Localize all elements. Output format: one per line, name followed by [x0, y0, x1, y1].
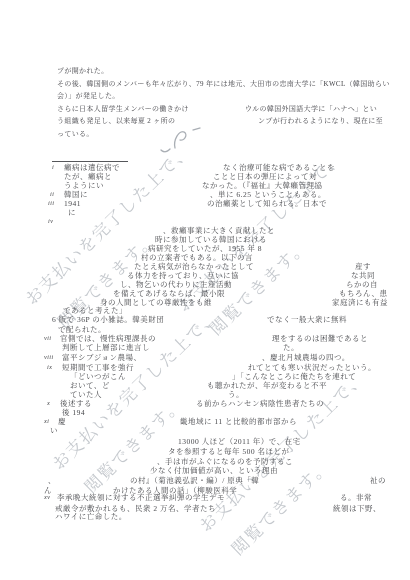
footnote-line: し、物乞いの代わりに生産活動: [120, 280, 232, 289]
footnote-line: る前からハンセン病陰性患者たちの: [196, 399, 324, 408]
footnote-marker: ix: [47, 363, 52, 372]
footnote-line: たが、癩病と: [64, 172, 112, 181]
footnote-line: 時に参加している韓国における: [155, 235, 267, 244]
footnote-marker: xi: [44, 417, 49, 426]
footnote-line: 、手は市がふぐになるのを予防するこ: [157, 457, 293, 466]
footnote-line: る体力を持っており、互いに協: [127, 271, 239, 280]
paragraph-line: 会）」が発足した。: [57, 92, 120, 101]
footnote-line: 、: [48, 476, 56, 485]
footnote-line: 「どいつがこん: [70, 372, 126, 381]
footnote-line: うようにい: [64, 181, 104, 190]
footnote-line: 韓国に: [64, 190, 88, 199]
paragraph-line: ンプが行われるようになり、現在に至: [258, 117, 383, 126]
footnote-line: 祉の: [370, 476, 386, 485]
footnote-line: 、救癩事業に大きく貢献したと: [163, 226, 275, 235]
document-page: お支払いを完了した上で、閲覧できます。お支払いを完了した上で、閲覧できます。お支…: [0, 0, 410, 580]
footnote-line: 」「こんなところに俺たちを連れて: [232, 372, 356, 381]
footnote-line: 官側では、慢性病理課長の: [60, 334, 156, 343]
paragraph-line: っている。: [57, 130, 94, 139]
paragraph-line: ウルの韓国外国語大学に「ハナへ」とい: [245, 105, 377, 114]
footnote-line: ていた人: [70, 390, 102, 399]
footnote-line: 村の立案者でもある。以下の言: [141, 253, 253, 262]
footnote-line: ハワイに亡命した。: [55, 512, 127, 521]
footnote-line: た。: [283, 343, 299, 352]
footnote-line: 短期間で工事を強行: [62, 363, 134, 372]
footnote-line: 後 194: [62, 408, 85, 417]
footnote-marker: iv: [48, 217, 53, 226]
footnote-line: 少なく付加価値が高い、という理由: [150, 466, 278, 475]
footnote-marker: i: [52, 163, 54, 172]
footnote-line: の村』（菊池義弘訳・編）/ 原典「韓: [130, 476, 259, 485]
footnote-line: 病研究をしていたが、1955 年 8: [148, 244, 262, 253]
footnote-line: おいて、ど: [70, 381, 110, 390]
footnote-line: 6 版で 36P の小雑誌。韓美財団: [52, 315, 164, 324]
footnote-line: の治癩薬として知られる。日本で: [207, 199, 327, 208]
footnote-line: る。非常: [340, 493, 372, 502]
footnote-line: れてとても寒い状況だったという。: [248, 363, 376, 372]
footnote-line: でなく一般大衆に無料: [267, 315, 347, 324]
footnote-marker: ii: [50, 190, 54, 199]
footnote-line: 産す: [355, 262, 371, 271]
footnote-marker: viii: [44, 353, 54, 362]
footnote-line: 富平シブジョン農場、: [62, 353, 142, 362]
footnote-line: も聴かれたが、年が変わると不平: [207, 381, 327, 390]
paragraph-line: さらに日本人留学生メンバーの働きかけ: [57, 105, 189, 114]
footnote-marker: x: [47, 399, 50, 408]
footnote-line: ことと日本の弾圧によって対: [213, 172, 317, 181]
footnote-line: い: [50, 426, 58, 435]
footnote-line: 癩病は遺伝病で: [64, 163, 120, 172]
footnote-line: 、単に 6.25 ということもある。: [210, 190, 326, 199]
footnote-line: 1941: [64, 199, 81, 208]
footnote-separator-rule: [52, 161, 128, 162]
footnote-line: う。: [228, 390, 244, 399]
footnote-line: 李承晩大統領に対する不正選挙糾弾の学生デモ: [57, 493, 225, 502]
footnote-line: 家庭済にも有益: [332, 298, 388, 307]
footnote-line: 理をするのは困難であると: [272, 334, 368, 343]
footnote-line: 13000 人ほど（2011 年）で、在宅: [178, 437, 301, 446]
paragraph-line: その後、韓国側のメンバーも年々広がり、79 年には地元、大田市の忠南大学に「KW…: [57, 80, 390, 89]
footnote-line: 統領は下野、: [333, 504, 381, 513]
footnote-line: もちろん、患: [339, 289, 387, 298]
footnote-marker: vii: [44, 334, 51, 343]
footnote-line: であると考えた」: [63, 306, 127, 315]
footnote-line: 慶: [58, 417, 66, 426]
pencil-squiggle-mark: [155, 118, 207, 160]
footnote-line: タを参照すると毎年 500 名ほどが: [168, 447, 290, 456]
footnote-line: なく治療可能な病であることを: [223, 163, 335, 172]
footnote-line: を備えてあげるならば、最小限: [113, 289, 225, 298]
footnote-line: な共同: [351, 271, 375, 280]
footnote-line: なかった。（『福祉』大韓癩管理協: [202, 181, 323, 190]
footnote-marker: xv: [44, 493, 50, 502]
footnote-line: に: [68, 208, 76, 217]
footnote-line: 、慶北月城農場の四つ。: [262, 353, 350, 362]
footnote-line: たとえ病気が治らなかったとして: [134, 262, 254, 271]
footnote-line: らかの自: [346, 280, 378, 289]
footnote-line: 畿地域に 11 と比較的都市部から: [180, 417, 297, 426]
footnote-line: 後述する: [60, 399, 92, 408]
footnote-marker: iii: [48, 199, 54, 208]
paragraph-line: プが開かれた。: [57, 67, 108, 76]
footnote-line: で配られた。: [58, 325, 106, 334]
footnote-line: 判断して上層部に進言し: [62, 343, 150, 352]
